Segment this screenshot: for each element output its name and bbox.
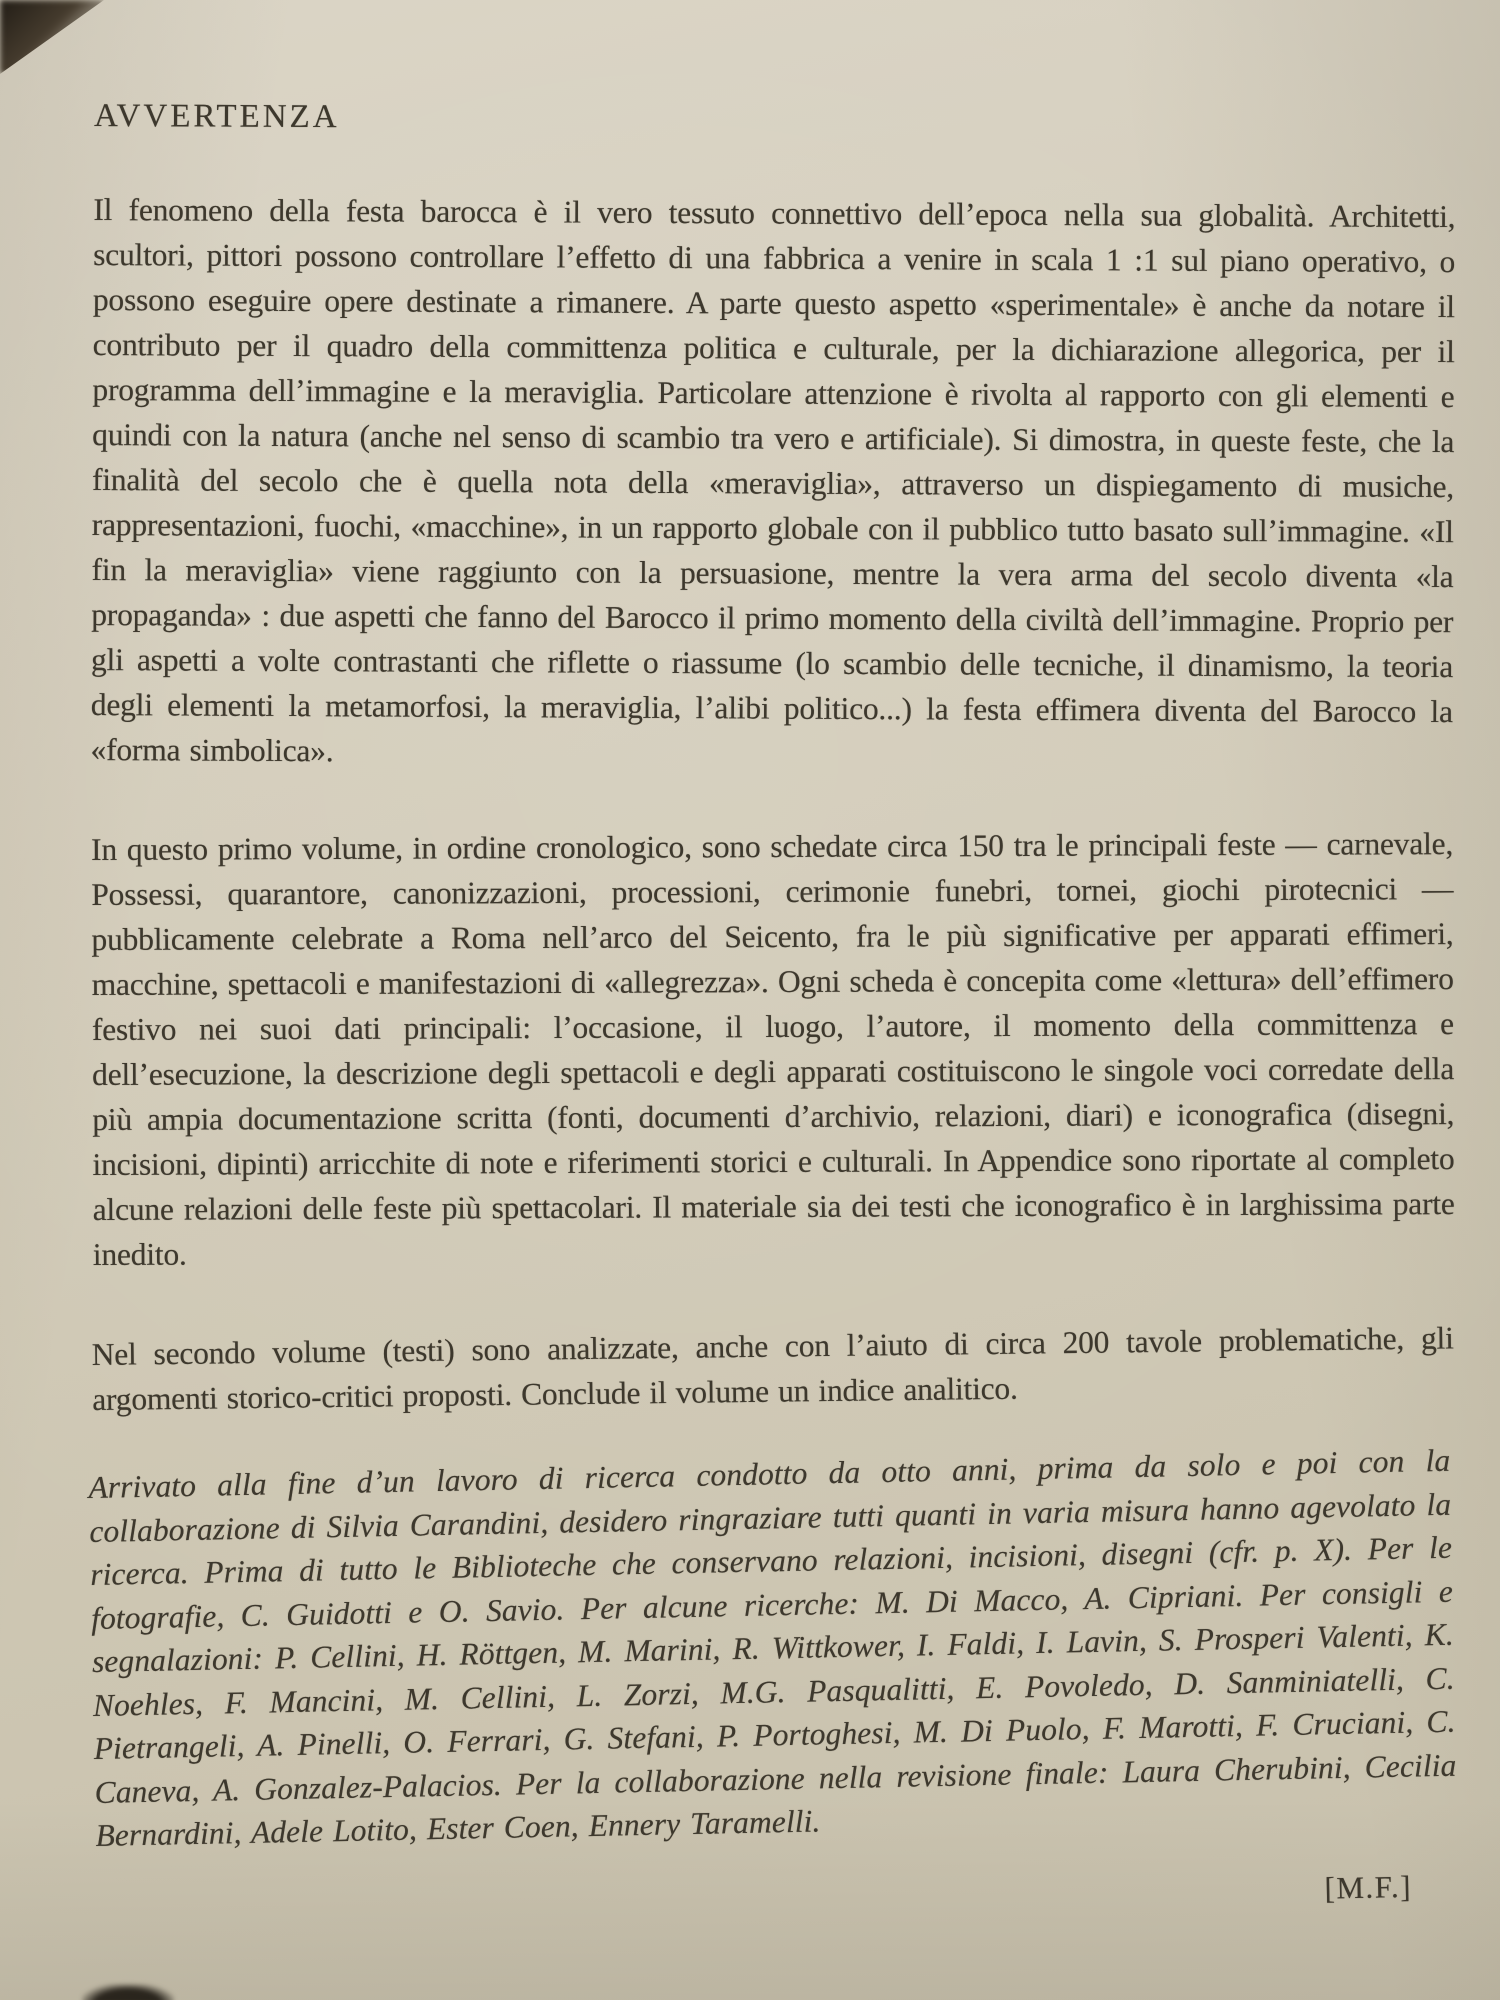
body-paragraph-1: Il fenomeno della festa barocca è il ver… [90, 187, 1455, 779]
page-title: AVVERTENZA [94, 98, 1454, 141]
author-initials-signature: [M.F.] [92, 1868, 1454, 1931]
body-paragraph-2: In questo primo volume, in ordine cronol… [91, 821, 1455, 1277]
body-paragraph-3: Nel secondo volume (testi) sono analizza… [91, 1315, 1454, 1422]
book-page-photo: AVVERTENZA Il fenomeno della festa baroc… [0, 0, 1500, 2000]
page-corner-shadow-top-left [0, 0, 104, 74]
page-content: AVVERTENZA Il fenomeno della festa baroc… [92, 98, 1454, 1904]
acknowledgments-paragraph: Arrivato alla fine d’un lavoro di ricerc… [88, 1439, 1458, 1858]
page-edge-shadow-bottom-left [82, 1984, 174, 2000]
